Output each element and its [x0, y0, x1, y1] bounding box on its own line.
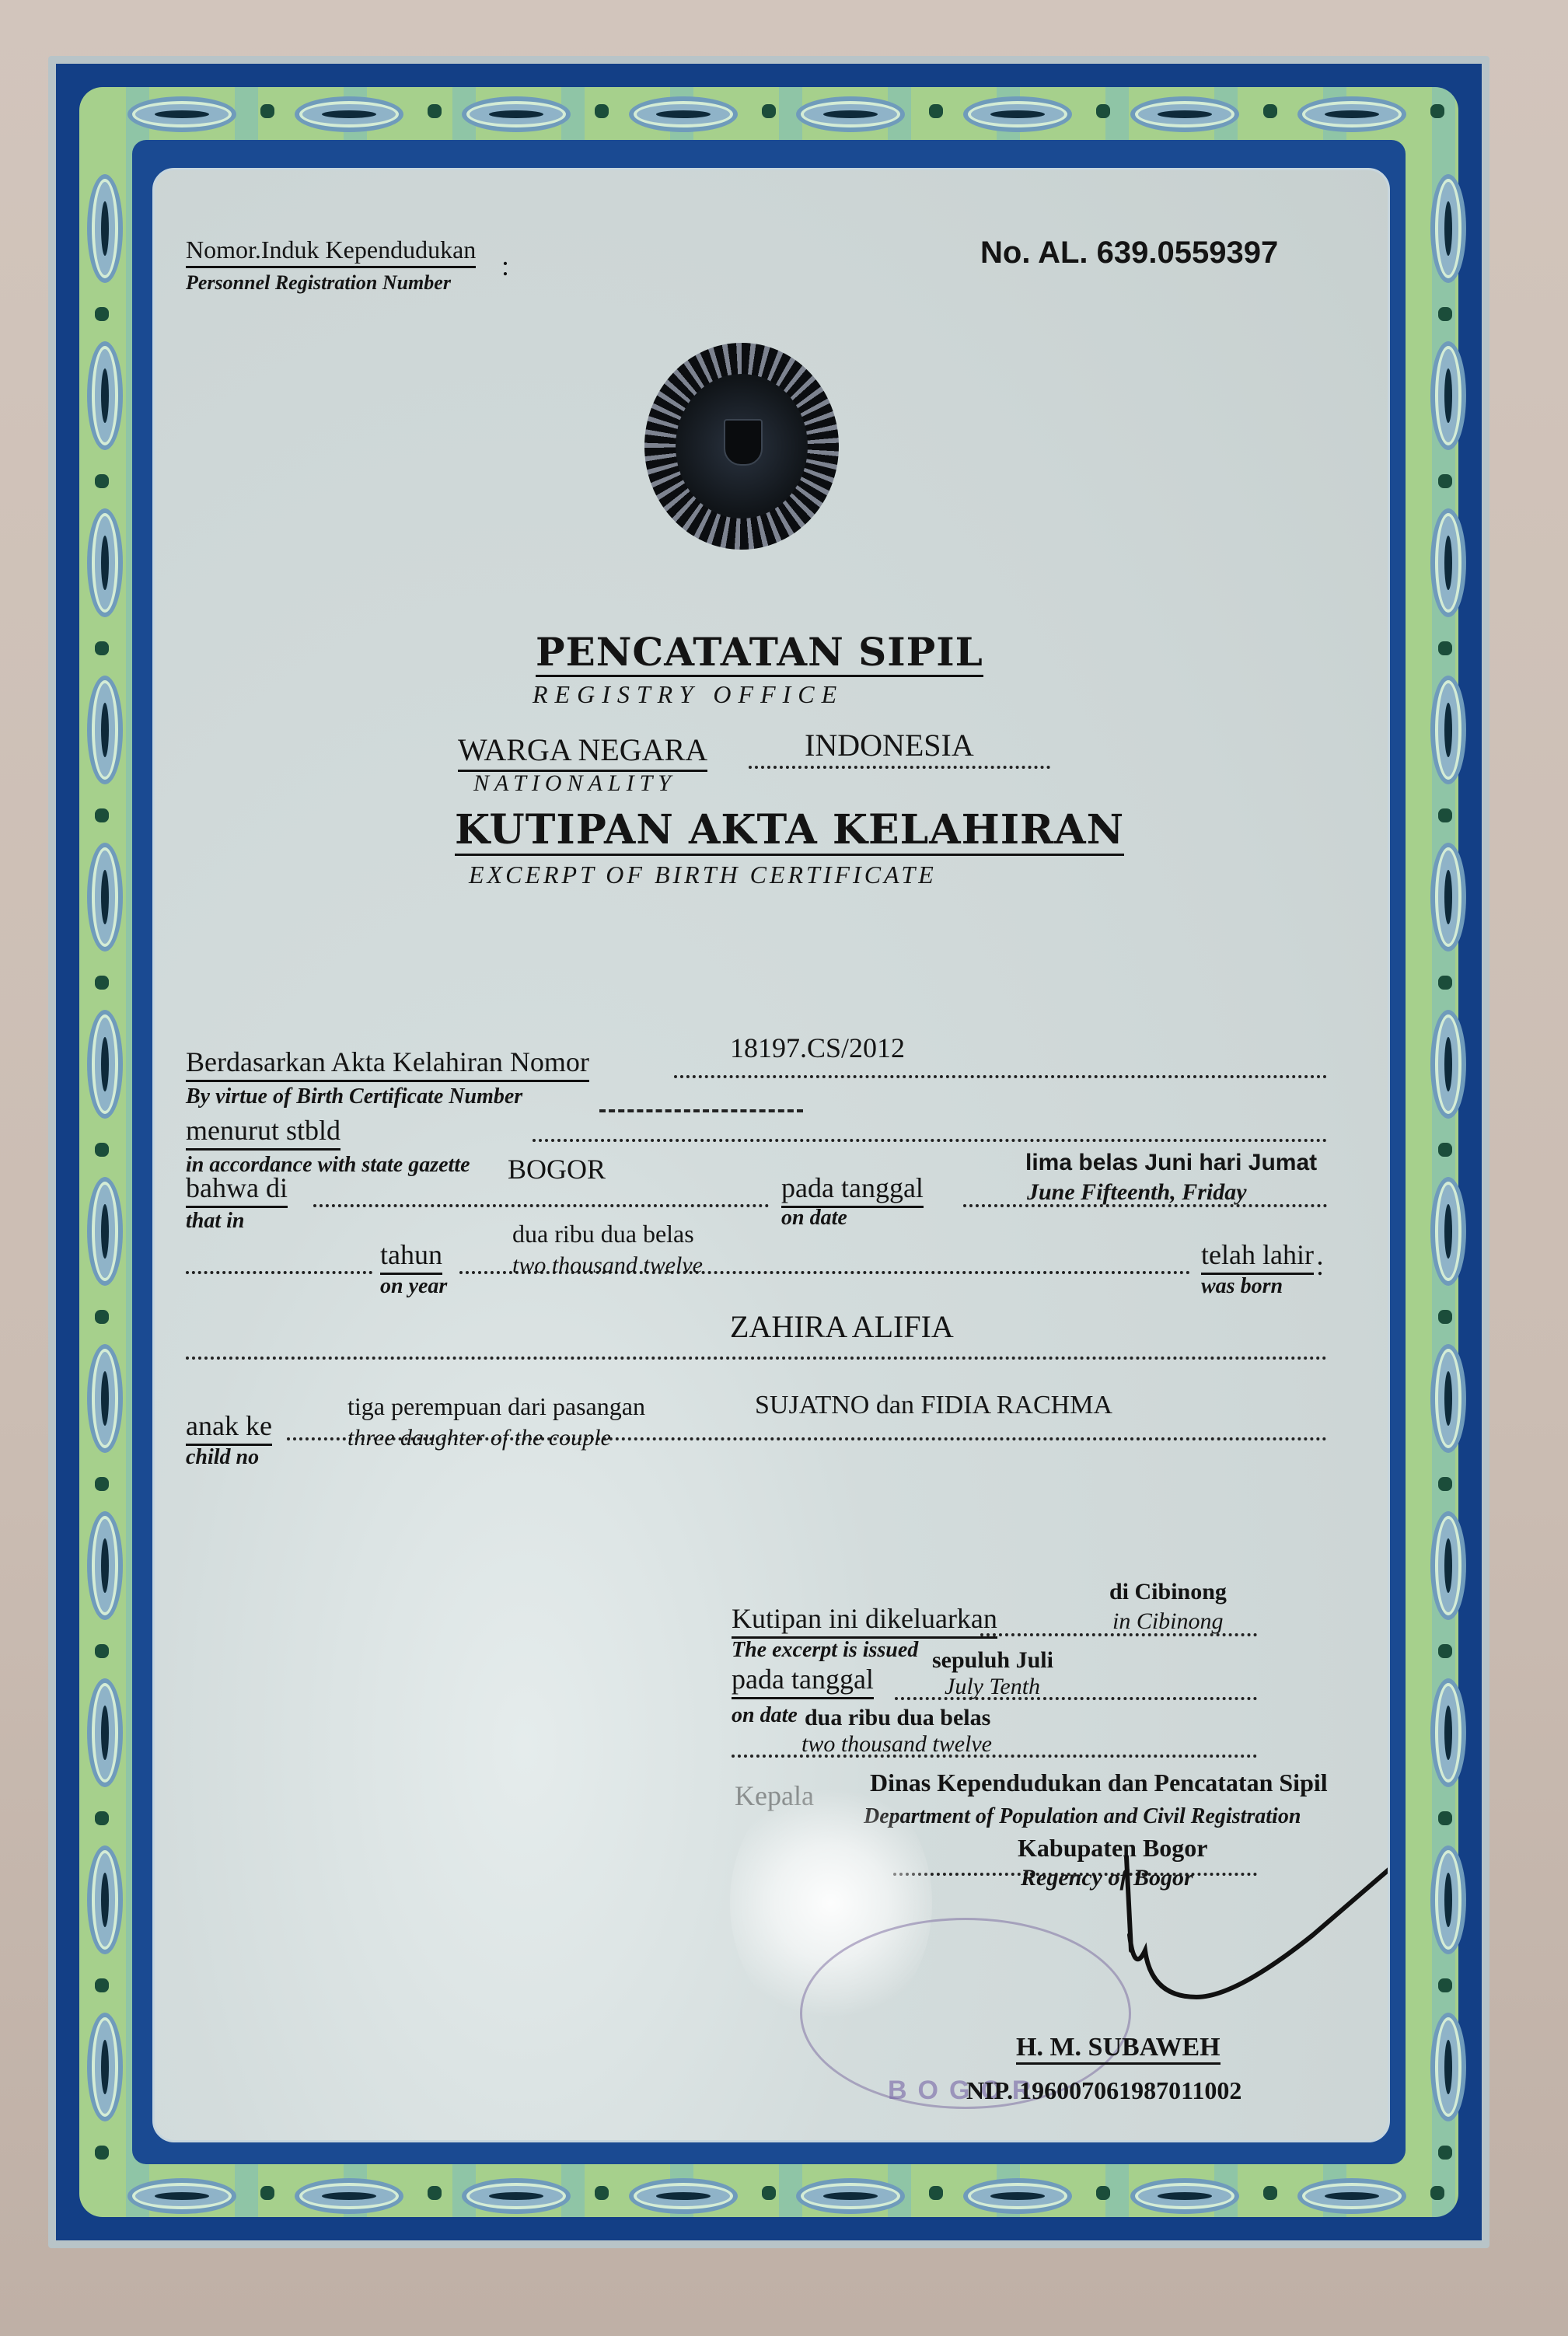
border-ornament	[132, 2183, 232, 2209]
issued-label: Kutipan ini dikeluarkan	[732, 1602, 997, 1639]
nik-colon: :	[501, 250, 509, 282]
year-leading-dotted-line	[186, 1271, 372, 1274]
year-label-en: on year	[380, 1274, 447, 1299]
nationality-value: INDONESIA	[805, 727, 974, 763]
office-title-en: REGISTRY OFFICE	[533, 680, 843, 709]
stbld-dotted-line	[533, 1139, 1327, 1142]
border-ornament	[1435, 1516, 1461, 1615]
year-value-en: two thousand twelve	[512, 1252, 703, 1279]
border-ornament	[1302, 101, 1402, 127]
border-ornament-dot	[95, 1477, 109, 1491]
border-ornament-dot	[95, 1978, 109, 1992]
child-no-label: anak ke	[186, 1409, 272, 1446]
cert-no-value: 18197.CS/2012	[730, 1032, 905, 1064]
nik-label-en: Personnel Registration Number	[186, 271, 451, 295]
issued-date-en: July Tenth	[945, 1674, 1040, 1700]
nationality-dotted-line	[749, 766, 1050, 769]
border-ornament	[299, 101, 399, 127]
nationality-label-en: NATIONALITY	[473, 770, 676, 797]
border-ornament-dot	[1263, 2186, 1277, 2200]
border-ornament-dot	[1438, 1644, 1452, 1658]
border-ornament-dot	[1430, 104, 1444, 118]
year-label: tahun	[380, 1238, 442, 1275]
border-ornament	[92, 1182, 118, 1281]
border-ornament-dot	[95, 808, 109, 822]
place-value: BOGOR	[508, 1153, 606, 1185]
child-no-value-en: three daughter of the couple	[347, 1425, 611, 1451]
date-label-en: on date	[781, 1206, 847, 1231]
border-ornament	[1435, 1683, 1461, 1783]
border-ornament-dot	[95, 307, 109, 321]
nationality-label: WARGA NEGARA	[458, 732, 707, 772]
border-ornament	[92, 847, 118, 947]
cert-no-dotted-line	[674, 1075, 1327, 1078]
border-ornament	[92, 1014, 118, 1114]
border-ornament-dot	[1438, 474, 1452, 488]
border-ornament-dot	[95, 641, 109, 655]
border-ornament-dot	[929, 2186, 943, 2200]
border-ornament-dot	[1430, 2186, 1444, 2200]
date-value: lima belas Juni hari Jumat	[1025, 1150, 1317, 1176]
official-name: H. M. SUBAWEH	[1016, 2033, 1221, 2065]
border-ornament-dot	[595, 104, 609, 118]
border-ornament	[92, 2017, 118, 2117]
border-ornament	[1435, 2017, 1461, 2117]
border-ornament-dot	[1438, 808, 1452, 822]
date-label: pada tanggal	[781, 1171, 924, 1208]
border-ornament-dot	[95, 1644, 109, 1658]
border-ornament-dot	[1096, 2186, 1110, 2200]
border-ornament	[634, 2183, 733, 2209]
border-ornament	[1302, 2183, 1402, 2209]
issued-label-en: The excerpt is issued	[732, 1638, 918, 1663]
official-nip: NIP. 196007061987011002	[966, 2076, 1241, 2105]
border-ornament-dot	[1438, 1811, 1452, 1825]
border-ornament	[1435, 1182, 1461, 1281]
border-ornament-dot	[595, 2186, 609, 2200]
border-ornament	[466, 2183, 566, 2209]
border-ornament-dot	[1438, 1310, 1452, 1324]
child-no-value: tiga perempuan dari pasangan	[347, 1392, 645, 1421]
office-title: PENCATATAN SIPIL	[536, 629, 983, 677]
border-ornament-dot	[95, 1310, 109, 1324]
border-ornament-dot	[1096, 104, 1110, 118]
department-name-en: Department of Population and Civil Regis…	[864, 1804, 1301, 1829]
border-ornament	[1135, 101, 1234, 127]
border-ornament-dot	[1438, 1978, 1452, 1992]
border-ornament	[92, 1683, 118, 1783]
place-label: bahwa di	[186, 1171, 288, 1208]
border-ornament-dot	[1438, 307, 1452, 321]
border-ornament	[92, 513, 118, 613]
year-value: dua ribu dua belas	[512, 1220, 694, 1248]
department-name: Dinas Kependudukan dan Pencatatan Sipil	[870, 1769, 1328, 1797]
border-ornament-dot	[1438, 641, 1452, 655]
border-ornament-dot	[1438, 2146, 1452, 2160]
border-ornament	[1135, 2183, 1234, 2209]
border-ornament	[1435, 1349, 1461, 1448]
border-ornament	[466, 101, 566, 127]
issued-place-en: in Cibinong	[1112, 1608, 1224, 1635]
border-ornament	[968, 2183, 1067, 2209]
border-ornament	[1435, 847, 1461, 947]
document-title-en: EXCERPT OF BIRTH CERTIFICATE	[469, 861, 937, 889]
border-ornament	[1435, 1850, 1461, 1950]
issued-date: sepuluh Juli	[932, 1647, 1053, 1674]
born-label-en: was born	[1201, 1274, 1283, 1299]
border-ornament	[1435, 179, 1461, 278]
border-ornament-dot	[95, 474, 109, 488]
border-ornament	[132, 101, 232, 127]
border-ornament-dot	[95, 2146, 109, 2160]
parents-names: SUJATNO dan FIDIA RACHMA	[755, 1391, 1112, 1420]
border-ornament	[299, 2183, 399, 2209]
border-ornament	[634, 101, 733, 127]
serial-number: No. AL. 639.0559397	[980, 236, 1278, 271]
border-ornament	[92, 1349, 118, 1448]
border-ornament-dot	[428, 104, 442, 118]
border-ornament-dot	[762, 104, 776, 118]
issued-place: di Cibinong	[1109, 1579, 1227, 1605]
border-ornament	[1435, 513, 1461, 613]
border-ornament-dot	[260, 104, 274, 118]
certificate-paper: Nomor.Induk Kependudukan Personnel Regis…	[152, 168, 1390, 2142]
child-no-label-en: child no	[186, 1445, 259, 1470]
border-ornament	[1435, 1014, 1461, 1114]
stbld-dash-line	[599, 1109, 803, 1112]
born-label: telah lahir	[1201, 1238, 1314, 1275]
issued-year: dua ribu dua belas	[805, 1705, 990, 1731]
cert-no-label-en: By virtue of Birth Certificate Number	[186, 1084, 522, 1109]
signature	[1111, 1842, 1390, 2028]
border-ornament	[92, 1516, 118, 1615]
nik-label: Nomor.Induk Kependudukan	[186, 236, 476, 268]
border-ornament-dot	[428, 2186, 442, 2200]
issued-date-label-en: on date	[732, 1703, 798, 1728]
border-ornament	[92, 346, 118, 445]
border-ornament-dot	[1263, 104, 1277, 118]
child-name: ZAHIRA ALIFIA	[730, 1308, 954, 1345]
border-ornament-dot	[95, 1143, 109, 1157]
border-ornament	[801, 101, 900, 127]
issued-year-en: two thousand twelve	[801, 1731, 992, 1758]
document-title: KUTIPAN AKTA KELAHIRAN	[455, 806, 1124, 856]
born-colon: :	[1316, 1249, 1324, 1282]
border-ornament-dot	[762, 2186, 776, 2200]
place-dotted-line	[313, 1204, 769, 1207]
stbld-label: menurut stbld	[186, 1114, 340, 1151]
issued-date-label: pada tanggal	[732, 1663, 874, 1699]
border-ornament	[968, 101, 1067, 127]
border-ornament-dot	[929, 104, 943, 118]
border-ornament	[1435, 680, 1461, 780]
border-ornament	[92, 1850, 118, 1950]
border-ornament-dot	[1438, 1143, 1452, 1157]
border-ornament-dot	[1438, 976, 1452, 990]
garuda-seal-icon	[644, 343, 839, 550]
border-ornament	[92, 179, 118, 278]
date-value-en: June Fifteenth, Friday	[1027, 1179, 1247, 1206]
border-ornament	[92, 680, 118, 780]
border-ornament-dot	[95, 976, 109, 990]
border-ornament-dot	[260, 2186, 274, 2200]
border-ornament-dot	[1438, 1477, 1452, 1491]
border-ornament-dot	[95, 1811, 109, 1825]
place-label-en: that in	[186, 1209, 244, 1234]
cert-no-label: Berdasarkan Akta Kelahiran Nomor	[186, 1046, 589, 1082]
child-name-dotted-line	[186, 1357, 1327, 1360]
border-ornament	[801, 2183, 900, 2209]
border-ornament	[1435, 346, 1461, 445]
